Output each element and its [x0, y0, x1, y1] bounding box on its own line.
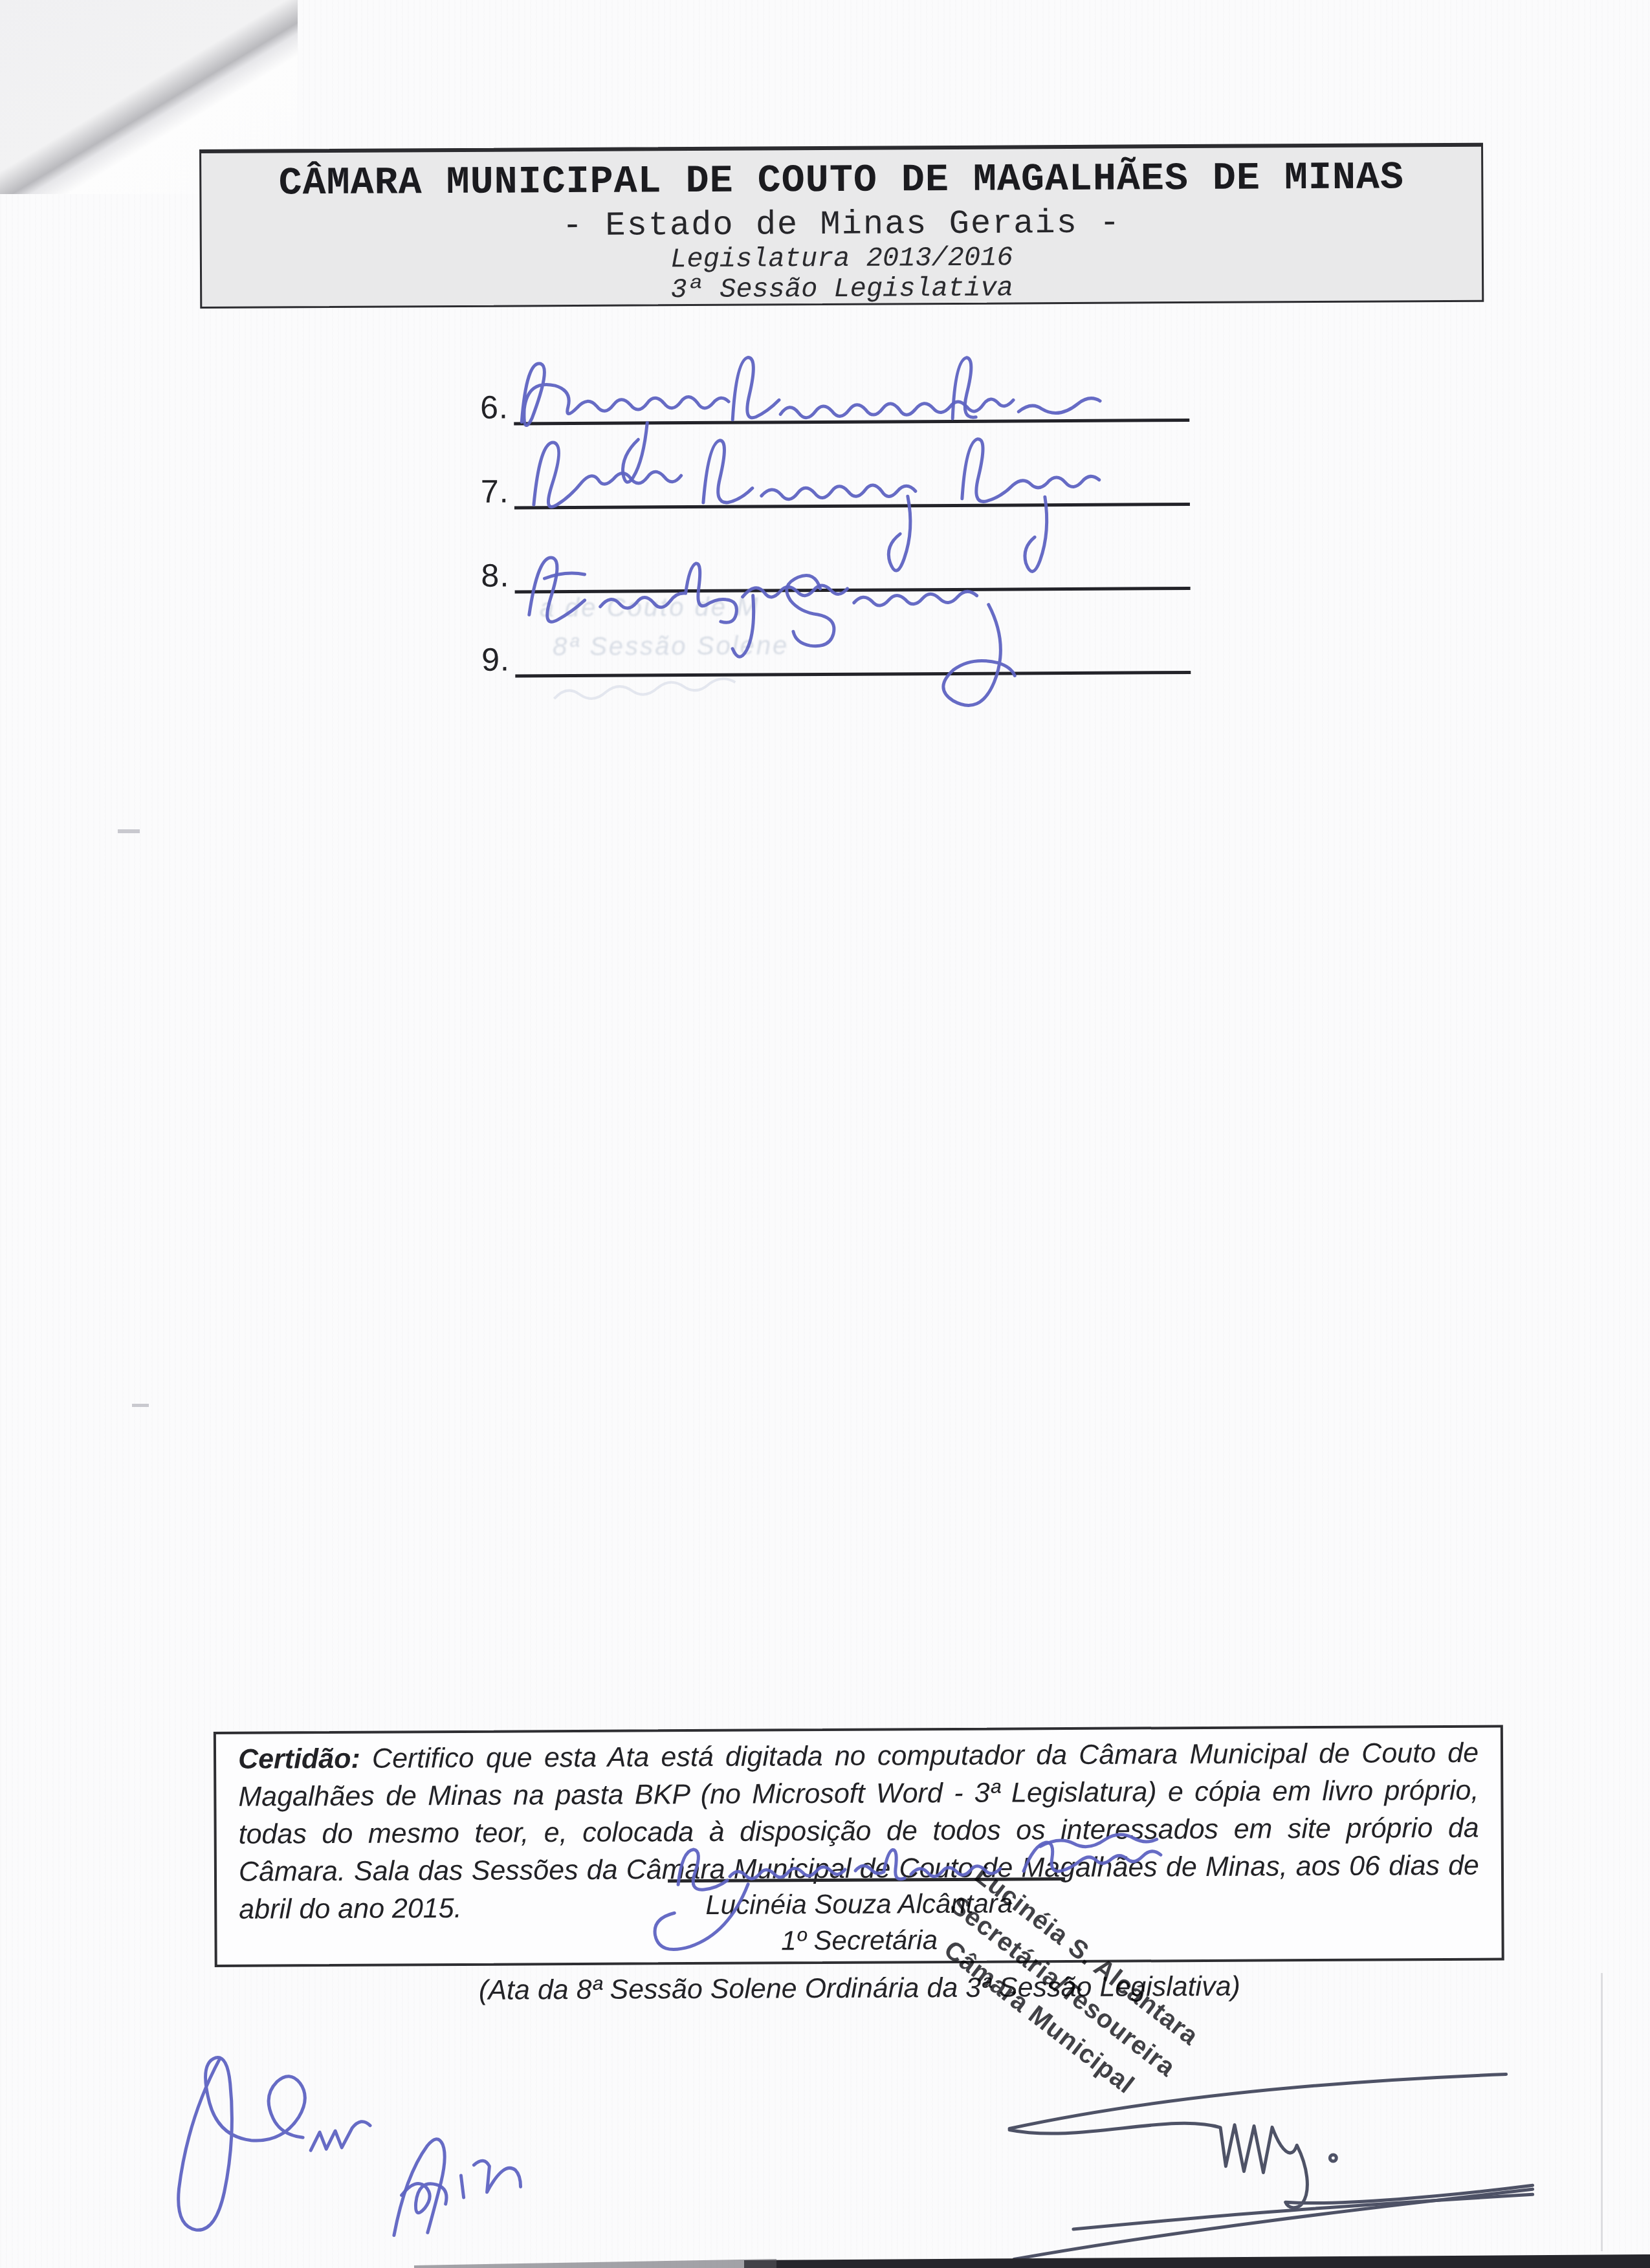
scanner-bottom-bar-dark [744, 2254, 1650, 2268]
scanner-bottom-bar-fade [414, 2259, 776, 2268]
scanner-bottom-bar [0, 0, 1650, 2268]
scanned-document-page: CÂMARA MUNICIPAL DE COUTO DE MAGALHÃES D… [0, 0, 1650, 2268]
